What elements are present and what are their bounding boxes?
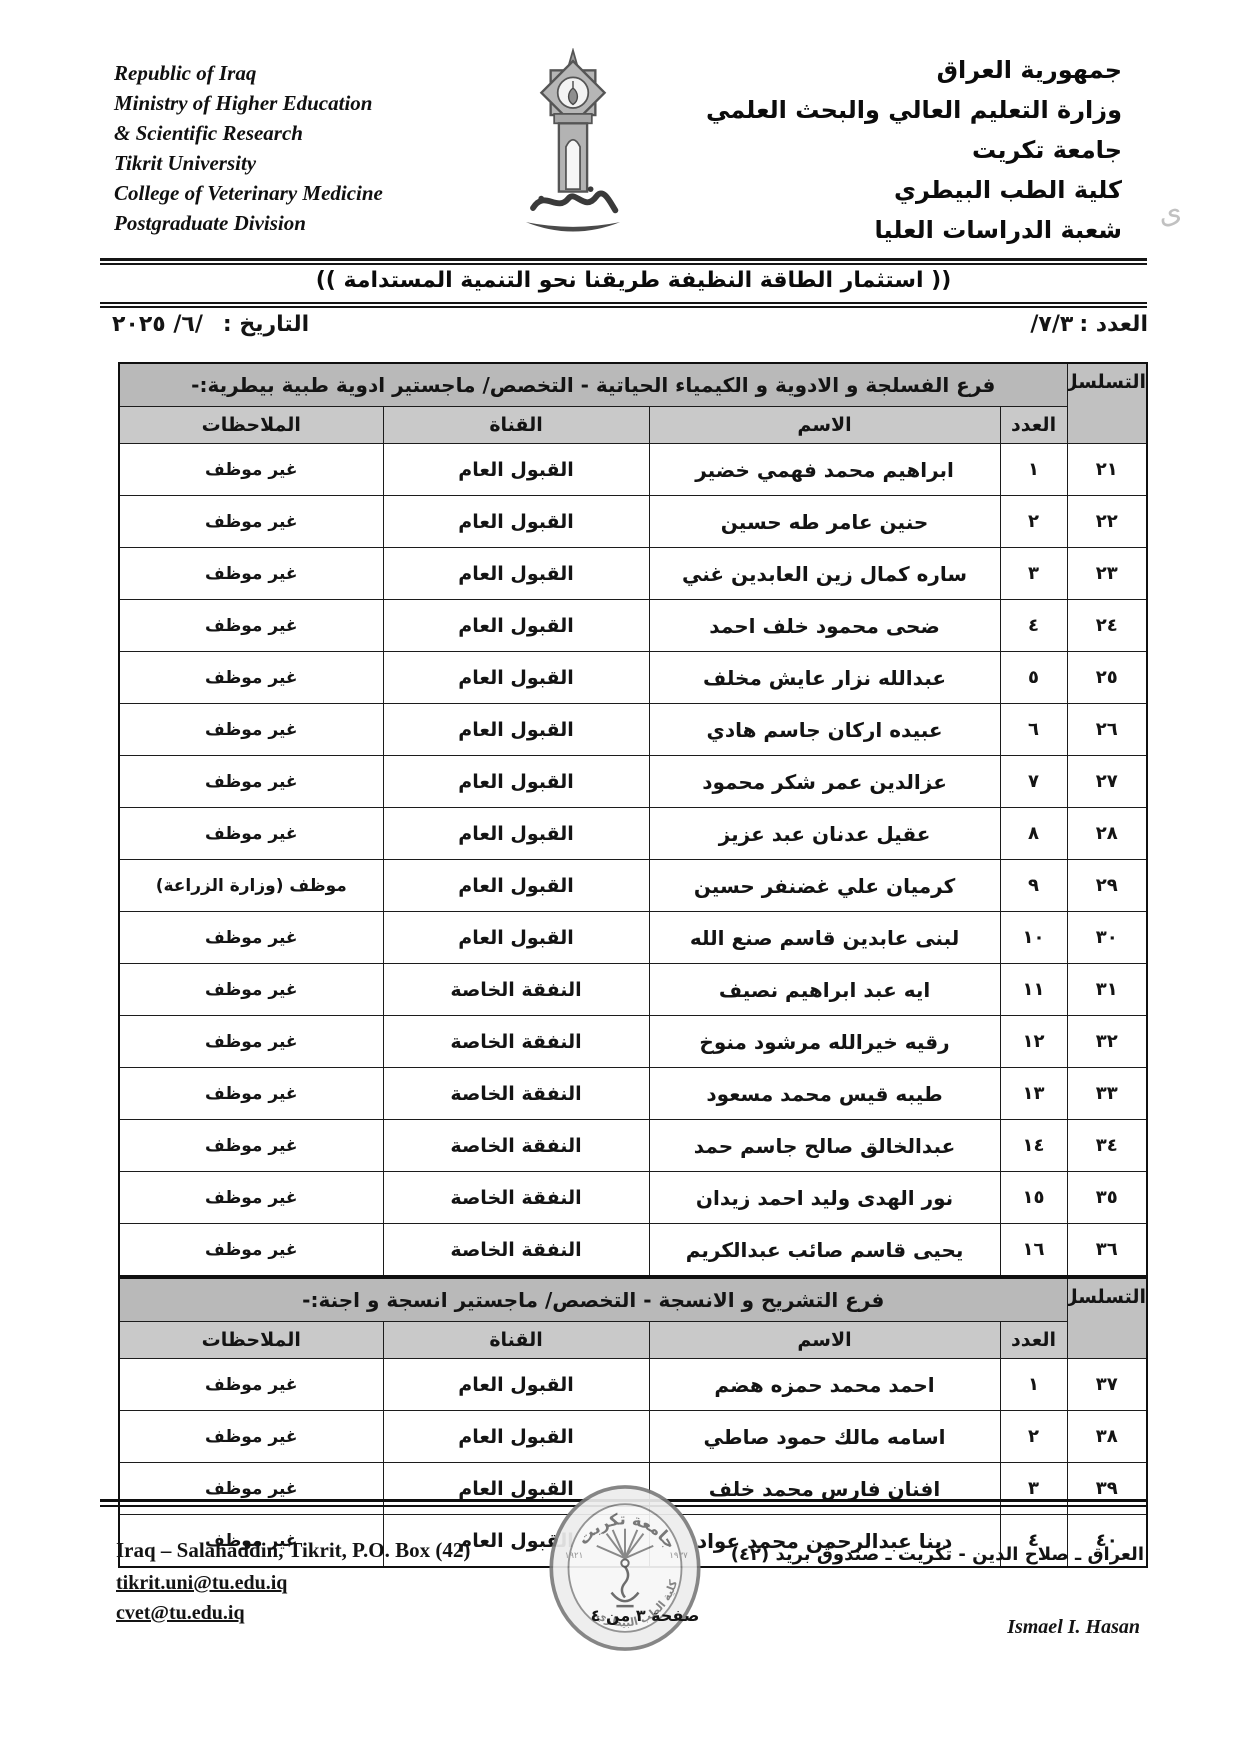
cell-num: ٤ — [1000, 600, 1067, 652]
cell-name: عقيل عدنان عبد عزيز — [649, 808, 1000, 860]
cell-num: ٢ — [1000, 496, 1067, 548]
roster-table-physiology-pharmacology: التسلسل فرع الفسلجة و الادوية و الكيمياء… — [118, 362, 1148, 1277]
footer-address-english: Iraq – Salahaddin, Tikrit, P.O. Box (42) — [116, 1538, 470, 1563]
header-divider-rule — [100, 258, 1147, 265]
header-en-line: Tikrit University — [114, 148, 383, 178]
header-arabic: جمهورية العراق وزارة التعليم العالي والب… — [706, 50, 1122, 250]
table-row: ٢١١ابراهيم محمد فهمي خضيرالقبول العامغير… — [119, 444, 1147, 496]
college-seal-logo: جامعة تكريت كلية الطب البيطري ١٩٢١ ١٩٣٧ — [545, 1482, 705, 1654]
column-header-name: الاسم — [649, 1322, 1000, 1359]
column-header-number: العدد — [1000, 1322, 1067, 1359]
cell-notes: غير موظف — [119, 548, 383, 600]
cell-notes: غير موظف — [119, 1068, 383, 1120]
cell-name: ساره كمال زين العابدين غني — [649, 548, 1000, 600]
cell-notes: غير موظف — [119, 496, 383, 548]
cell-num: ١ — [1000, 1359, 1067, 1411]
table-row: ٣٥١٥نور الهدى وليد احمد زيدانالنفقة الخا… — [119, 1172, 1147, 1224]
header-ar-line: جامعة تكريت — [706, 130, 1122, 170]
cell-name: حنين عامر طه حسين — [649, 496, 1000, 548]
header-en-line: & Scientific Research — [114, 118, 383, 148]
cell-name: احمد محمد حمزه هضم — [649, 1359, 1000, 1411]
table-row: ٢٤٤ضحى محمود خلف احمدالقبول العامغير موظ… — [119, 600, 1147, 652]
ref-date-label: التاريخ : — [223, 312, 309, 337]
cell-name: عزالدين عمر شكر محمود — [649, 756, 1000, 808]
header-en-line: Postgraduate Division — [114, 208, 383, 238]
cell-channel: النفقة الخاصة — [383, 1120, 649, 1172]
column-header-name: الاسم — [649, 407, 1000, 444]
cell-num: ٨ — [1000, 808, 1067, 860]
table-row: ٣٣١٣طيبه قيس محمد مسعودالنفقة الخاصةغير … — [119, 1068, 1147, 1120]
table-row: ٢٨٨عقيل عدنان عبد عزيزالقبول العامغير مو… — [119, 808, 1147, 860]
section-title: فرع الفسلجة و الادوية و الكيمياء الحياتي… — [119, 363, 1067, 407]
cell-channel: القبول العام — [383, 600, 649, 652]
cell-num: ٣ — [1000, 548, 1067, 600]
cell-serial: ٣٤ — [1067, 1120, 1147, 1172]
header-en-line: Ministry of Higher Education — [114, 88, 383, 118]
cell-serial: ٣٣ — [1067, 1068, 1147, 1120]
cell-serial: ٢٧ — [1067, 756, 1147, 808]
slogan-divider-rule — [100, 302, 1147, 308]
column-header-notes: الملاحظات — [119, 1322, 383, 1359]
cell-num: ١٣ — [1000, 1068, 1067, 1120]
cell-name: لبنى عابدين قاسم صنع الله — [649, 912, 1000, 964]
cell-serial: ٣٦ — [1067, 1224, 1147, 1277]
cell-num: ٦ — [1000, 704, 1067, 756]
column-header-row: العدد الاسم القناة الملاحظات — [119, 407, 1147, 444]
cell-channel: القبول العام — [383, 548, 649, 600]
column-header-number: العدد — [1000, 407, 1067, 444]
cell-serial: ٢٦ — [1067, 704, 1147, 756]
footer-address-arabic: العراق ـ صلاح الدين - تكريت ـ صندوق بريد… — [731, 1544, 1144, 1565]
table-row: ٣٧١احمد محمد حمزه هضمالقبول العامغير موظ… — [119, 1359, 1147, 1411]
cell-name: رقيه خيرالله مرشود منوخ — [649, 1016, 1000, 1068]
ref-number: /٧/٣ العدد : — [1030, 312, 1148, 337]
scan-artifact: ى — [1155, 193, 1185, 232]
section-title-row: التسلسل فرع التشريح و الانسجة - التخصص/ … — [119, 1278, 1147, 1322]
column-header-serial: التسلسل — [1067, 1278, 1147, 1359]
table-row: ٣٢١٢رقيه خيرالله مرشود منوخالنفقة الخاصة… — [119, 1016, 1147, 1068]
ref-number-value: /٧/٣ — [1030, 312, 1073, 337]
column-header-channel: القناة — [383, 407, 649, 444]
table-row: ٣٦١٦يحيى قاسم صائب عبدالكريمالنفقة الخاص… — [119, 1224, 1147, 1277]
cell-channel: النفقة الخاصة — [383, 1224, 649, 1277]
cell-name: طيبه قيس محمد مسعود — [649, 1068, 1000, 1120]
column-header-notes: الملاحظات — [119, 407, 383, 444]
footer-email-college: cvet@tu.edu.iq — [116, 1602, 245, 1625]
cell-name: عبدالله نزار عايش مخلف — [649, 652, 1000, 704]
cell-channel: النفقة الخاصة — [383, 1172, 649, 1224]
table-row: ٢٧٧عزالدين عمر شكر محمودالقبول العامغير … — [119, 756, 1147, 808]
header-ar-line: وزارة التعليم العالي والبحث العلمي — [706, 90, 1122, 130]
header-english: Republic of Iraq Ministry of Higher Educ… — [114, 58, 383, 238]
table-row: ٣٤١٤عبدالخالق صالح جاسم حمدالنفقة الخاصة… — [119, 1120, 1147, 1172]
cell-name: عبدالخالق صالح جاسم حمد — [649, 1120, 1000, 1172]
table-row: ٢٦٦عبيده اركان جاسم هاديالقبول العامغير … — [119, 704, 1147, 756]
cell-channel: النفقة الخاصة — [383, 1016, 649, 1068]
header-ar-line: شعبة الدراسات العليا — [706, 210, 1122, 250]
header-ar-line: جمهورية العراق — [706, 50, 1122, 90]
cell-notes: غير موظف — [119, 756, 383, 808]
cell-serial: ٢٥ — [1067, 652, 1147, 704]
university-emblem-logo — [498, 48, 648, 248]
header-ar-line: كلية الطب البيطري — [706, 170, 1122, 210]
cell-notes: غير موظف — [119, 1172, 383, 1224]
signature-name: Ismael I. Hasan — [1007, 1616, 1140, 1639]
table-row: ٢٩٩كرميان علي غضنفر حسينالقبول العامموظف… — [119, 860, 1147, 912]
cell-channel: القبول العام — [383, 912, 649, 964]
svg-text:١٩٣٧: ١٩٣٧ — [669, 1551, 688, 1561]
cell-serial: ٣٥ — [1067, 1172, 1147, 1224]
cell-serial: ٢١ — [1067, 444, 1147, 496]
table-row: ٣٨٢اسامه مالك حمود صاطيالقبول العامغير م… — [119, 1411, 1147, 1463]
cell-serial: ٣٢ — [1067, 1016, 1147, 1068]
ref-number-label: العدد : — [1079, 312, 1148, 337]
section-title-row: التسلسل فرع الفسلجة و الادوية و الكيمياء… — [119, 363, 1147, 407]
table-row: ٣١١١ايه عبد ابراهيم نصيفالنفقة الخاصةغير… — [119, 964, 1147, 1016]
cell-name: ضحى محمود خلف احمد — [649, 600, 1000, 652]
svg-text:١٩٢١: ١٩٢١ — [565, 1551, 583, 1561]
cell-notes: غير موظف — [119, 652, 383, 704]
column-header-channel: القناة — [383, 1322, 649, 1359]
table-row: ٢٥٥عبدالله نزار عايش مخلفالقبول العامغير… — [119, 652, 1147, 704]
cell-channel: القبول العام — [383, 756, 649, 808]
ref-date: ٢٠٢٥ /٦/ التاريخ : — [112, 312, 309, 337]
cell-notes: غير موظف — [119, 1016, 383, 1068]
cell-num: ٩ — [1000, 860, 1067, 912]
section-title: فرع التشريح و الانسجة - التخصص/ ماجستير … — [119, 1278, 1067, 1322]
cell-notes: غير موظف — [119, 912, 383, 964]
cell-channel: القبول العام — [383, 808, 649, 860]
cell-name: ابراهيم محمد فهمي خضير — [649, 444, 1000, 496]
header-en-line: College of Veterinary Medicine — [114, 178, 383, 208]
cell-channel: النفقة الخاصة — [383, 964, 649, 1016]
roster-tables: التسلسل فرع الفسلجة و الادوية و الكيمياء… — [118, 362, 1148, 1568]
cell-serial: ٣٠ — [1067, 912, 1147, 964]
cell-name: عبيده اركان جاسم هادي — [649, 704, 1000, 756]
cell-channel: القبول العام — [383, 704, 649, 756]
cell-channel: القبول العام — [383, 860, 649, 912]
cell-num: ١١ — [1000, 964, 1067, 1016]
cell-serial: ٣١ — [1067, 964, 1147, 1016]
cell-num: ٧ — [1000, 756, 1067, 808]
cell-serial: ٢٣ — [1067, 548, 1147, 600]
cell-num: ١٥ — [1000, 1172, 1067, 1224]
cell-notes: غير موظف — [119, 808, 383, 860]
table-row: ٢٣٣ساره كمال زين العابدين غنيالقبول العا… — [119, 548, 1147, 600]
cell-notes: غير موظف — [119, 964, 383, 1016]
cell-num: ١٦ — [1000, 1224, 1067, 1277]
cell-num: ١٢ — [1000, 1016, 1067, 1068]
cell-serial: ٣٧ — [1067, 1359, 1147, 1411]
cell-num: ١٤ — [1000, 1120, 1067, 1172]
cell-serial: ٢٨ — [1067, 808, 1147, 860]
cell-notes: موظف (وزارة الزراعة) — [119, 860, 383, 912]
ref-date-value: ٢٠٢٥ /٦/ — [112, 312, 203, 337]
cell-channel: القبول العام — [383, 444, 649, 496]
cell-channel: النفقة الخاصة — [383, 1068, 649, 1120]
slogan-banner: (( استثمار الطاقة النظيفة طريقنا نحو الت… — [120, 268, 1147, 293]
cell-channel: القبول العام — [383, 1411, 649, 1463]
cell-name: نور الهدى وليد احمد زيدان — [649, 1172, 1000, 1224]
cell-channel: القبول العام — [383, 496, 649, 548]
cell-name: ايه عبد ابراهيم نصيف — [649, 964, 1000, 1016]
cell-num: ٢ — [1000, 1411, 1067, 1463]
cell-notes: غير موظف — [119, 704, 383, 756]
cell-channel: القبول العام — [383, 652, 649, 704]
column-header-serial: التسلسل — [1067, 363, 1147, 444]
table-row: ٢٢٢حنين عامر طه حسينالقبول العامغير موظف — [119, 496, 1147, 548]
cell-notes: غير موظف — [119, 1411, 383, 1463]
cell-name: يحيى قاسم صائب عبدالكريم — [649, 1224, 1000, 1277]
cell-notes: غير موظف — [119, 1359, 383, 1411]
cell-serial: ٢٩ — [1067, 860, 1147, 912]
cell-serial: ٣٨ — [1067, 1411, 1147, 1463]
cell-serial: ٢٢ — [1067, 496, 1147, 548]
footer-email-university: tikrit.uni@tu.edu.iq — [116, 1572, 287, 1595]
cell-num: ١٠ — [1000, 912, 1067, 964]
table-row: ٣٠١٠لبنى عابدين قاسم صنع اللهالقبول العا… — [119, 912, 1147, 964]
cell-notes: غير موظف — [119, 1224, 383, 1277]
scanned-document-page: Republic of Iraq Ministry of Higher Educ… — [0, 0, 1248, 1759]
cell-num: ١ — [1000, 444, 1067, 496]
cell-channel: القبول العام — [383, 1359, 649, 1411]
cell-serial: ٢٤ — [1067, 600, 1147, 652]
column-header-row: العدد الاسم القناة الملاحظات — [119, 1322, 1147, 1359]
cell-name: اسامه مالك حمود صاطي — [649, 1411, 1000, 1463]
cell-name: كرميان علي غضنفر حسين — [649, 860, 1000, 912]
cell-notes: غير موظف — [119, 444, 383, 496]
header-en-line: Republic of Iraq — [114, 58, 383, 88]
cell-notes: غير موظف — [119, 1120, 383, 1172]
page-number-note: صفحة ٣ من ٤ — [560, 1606, 730, 1625]
cell-notes: غير موظف — [119, 600, 383, 652]
cell-num: ٥ — [1000, 652, 1067, 704]
